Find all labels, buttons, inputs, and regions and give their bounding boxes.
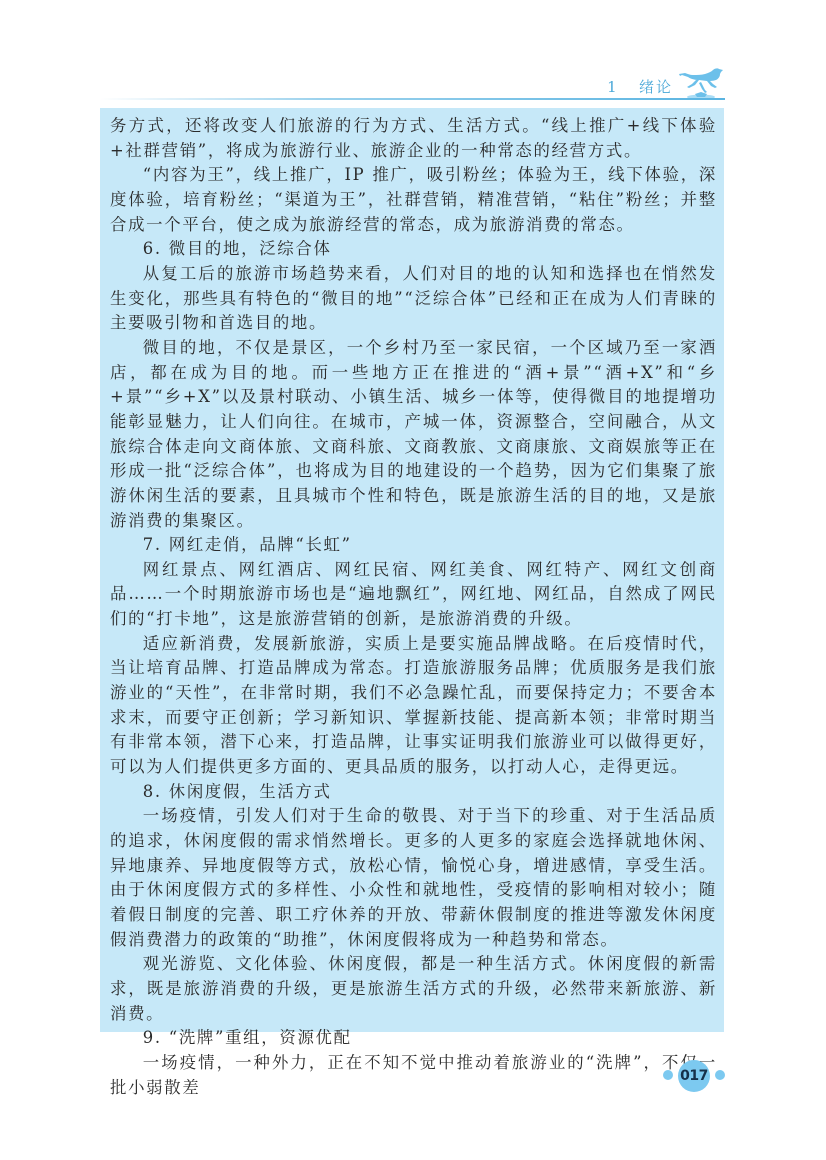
highlighted-text-box: 务方式，还将改变人们旅游的行为方式、生活方式。“线上推广+线下体验+社群营销”，… (100, 108, 724, 1032)
section-heading-8: 8. 休闲度假，生活方式 (110, 780, 717, 805)
section-heading-7: 7. 网红走俏，品牌“长虹” (110, 533, 717, 558)
running-header: 1 绪论 (100, 72, 725, 104)
paragraph: 观光游览、文化体验、休闲度假，都是一种生活方式。休闲度假的新需求，既是旅游消费的… (110, 952, 717, 1026)
header-rule (100, 98, 725, 100)
page-number-badge: 017 (655, 1057, 735, 1093)
chapter-heading: 1 绪论 (607, 76, 673, 97)
paragraph: 微目的地，不仅是景区，一个乡村乃至一家民宿，一个区域乃至一家酒店，都在成为目的地… (110, 336, 717, 533)
page-number: 017 (678, 1060, 710, 1092)
chapter-title: 绪论 (639, 78, 673, 96)
paragraph-continuation: 务方式，还将改变人们旅游的行为方式、生活方式。“线上推广+线下体验+社群营销”，… (110, 114, 717, 163)
section-heading-9: 9. “洗牌”重组，资源优配 (110, 1026, 717, 1051)
section-heading-6: 6. 微目的地，泛综合体 (110, 237, 717, 262)
paragraph: 适应新消费，发展新旅游，实质上是要实施品牌战略。在后疫情时代，当让培育品牌、打造… (110, 632, 717, 780)
paragraph: 网红景点、网红酒店、网红民宿、网红美食、网红特产、网红文创商品……一个时期旅游市… (110, 558, 717, 632)
galloping-horse-icon (677, 66, 725, 102)
decorative-dot-left (663, 1070, 673, 1080)
paragraph: 一场疫情，引发人们对于生命的敬畏、对于当下的珍重、对于生活品质的追求，休闲度假的… (110, 804, 717, 952)
paragraph: 从复工后的旅游市场趋势来看，人们对目的地的认知和选择也在悄然发生变化，那些具有特… (110, 262, 717, 336)
decorative-dot-right (715, 1070, 725, 1080)
paragraph: “内容为王”，线上推广，IP 推广，吸引粉丝；体验为王，线下体验，深度体验，培育… (110, 163, 717, 237)
chapter-number: 1 (607, 78, 619, 96)
body-text: 务方式，还将改变人们旅游的行为方式、生活方式。“线上推广+线下体验+社群营销”，… (110, 114, 717, 1100)
paragraph: 一场疫情，一种外力，正在不知不觉中推动着旅游业的“洗牌”，不仅一批小弱散差 (110, 1051, 717, 1100)
